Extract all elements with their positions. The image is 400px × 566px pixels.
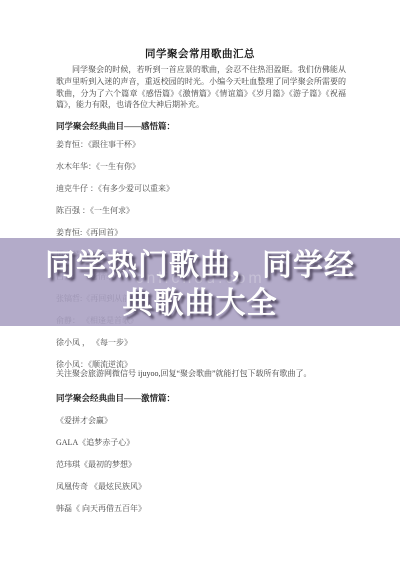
overlay-title: 同学热门歌曲，同学经 典歌曲大全: [0, 238, 400, 323]
section-heading-jiqing: 同学聚会经典曲目——激情篇：: [56, 392, 346, 404]
song-row: 迪克牛仔 ：《有多少爱可以重来》: [56, 178, 356, 200]
watermark-band: cnlichou.com 同学热门歌曲，同学经 典歌曲大全: [0, 238, 400, 326]
song-row: 凤凰传奇 《最炫民族风》: [56, 476, 356, 498]
song-row: 水木年华：《一生有你》: [56, 156, 356, 178]
song-row: 陈百强 ：《一生何求》: [56, 200, 356, 222]
song-row: 姜育恒：《跟往事干杯》: [56, 134, 356, 156]
overlay-title-line2: 典歌曲大全: [123, 287, 278, 320]
song-list-jiqing: 《爱拼才会赢》GALA《追梦赤子心》范玮琪《最初的梦想》凤凰传奇 《最炫民族风》…: [56, 410, 356, 520]
wechat-note: 关注聚会旅游网微信号 ijuyoo,回复“聚会歌曲”就能打包下载所有歌曲了。: [56, 368, 356, 379]
intro-paragraph: 同学聚会的时候，若听到一首应景的歌曲，会忍不住热泪盈眶。我们仿佛能从歌声里听到入…: [56, 64, 346, 111]
song-row: 范玮琪《最初的梦想》: [56, 454, 356, 476]
section-heading-ganwu: 同学聚会经典曲目——感悟篇：: [56, 120, 346, 132]
song-row: GALA《追梦赤子心》: [56, 432, 356, 454]
song-row: 徐小凤 ， 《每一步》: [56, 332, 356, 354]
overlay-title-line1: 同学热门歌曲，同学经: [45, 249, 355, 282]
song-row: 韩磊《 向天再借五百年》: [56, 498, 356, 520]
page-title: 同学聚会常用歌曲汇总: [0, 46, 400, 61]
article-page: 同学聚会常用歌曲汇总 同学聚会的时候，若听到一首应景的歌曲，会忍不住热泪盈眶。我…: [0, 0, 400, 566]
song-row: 《爱拼才会赢》: [56, 410, 356, 432]
